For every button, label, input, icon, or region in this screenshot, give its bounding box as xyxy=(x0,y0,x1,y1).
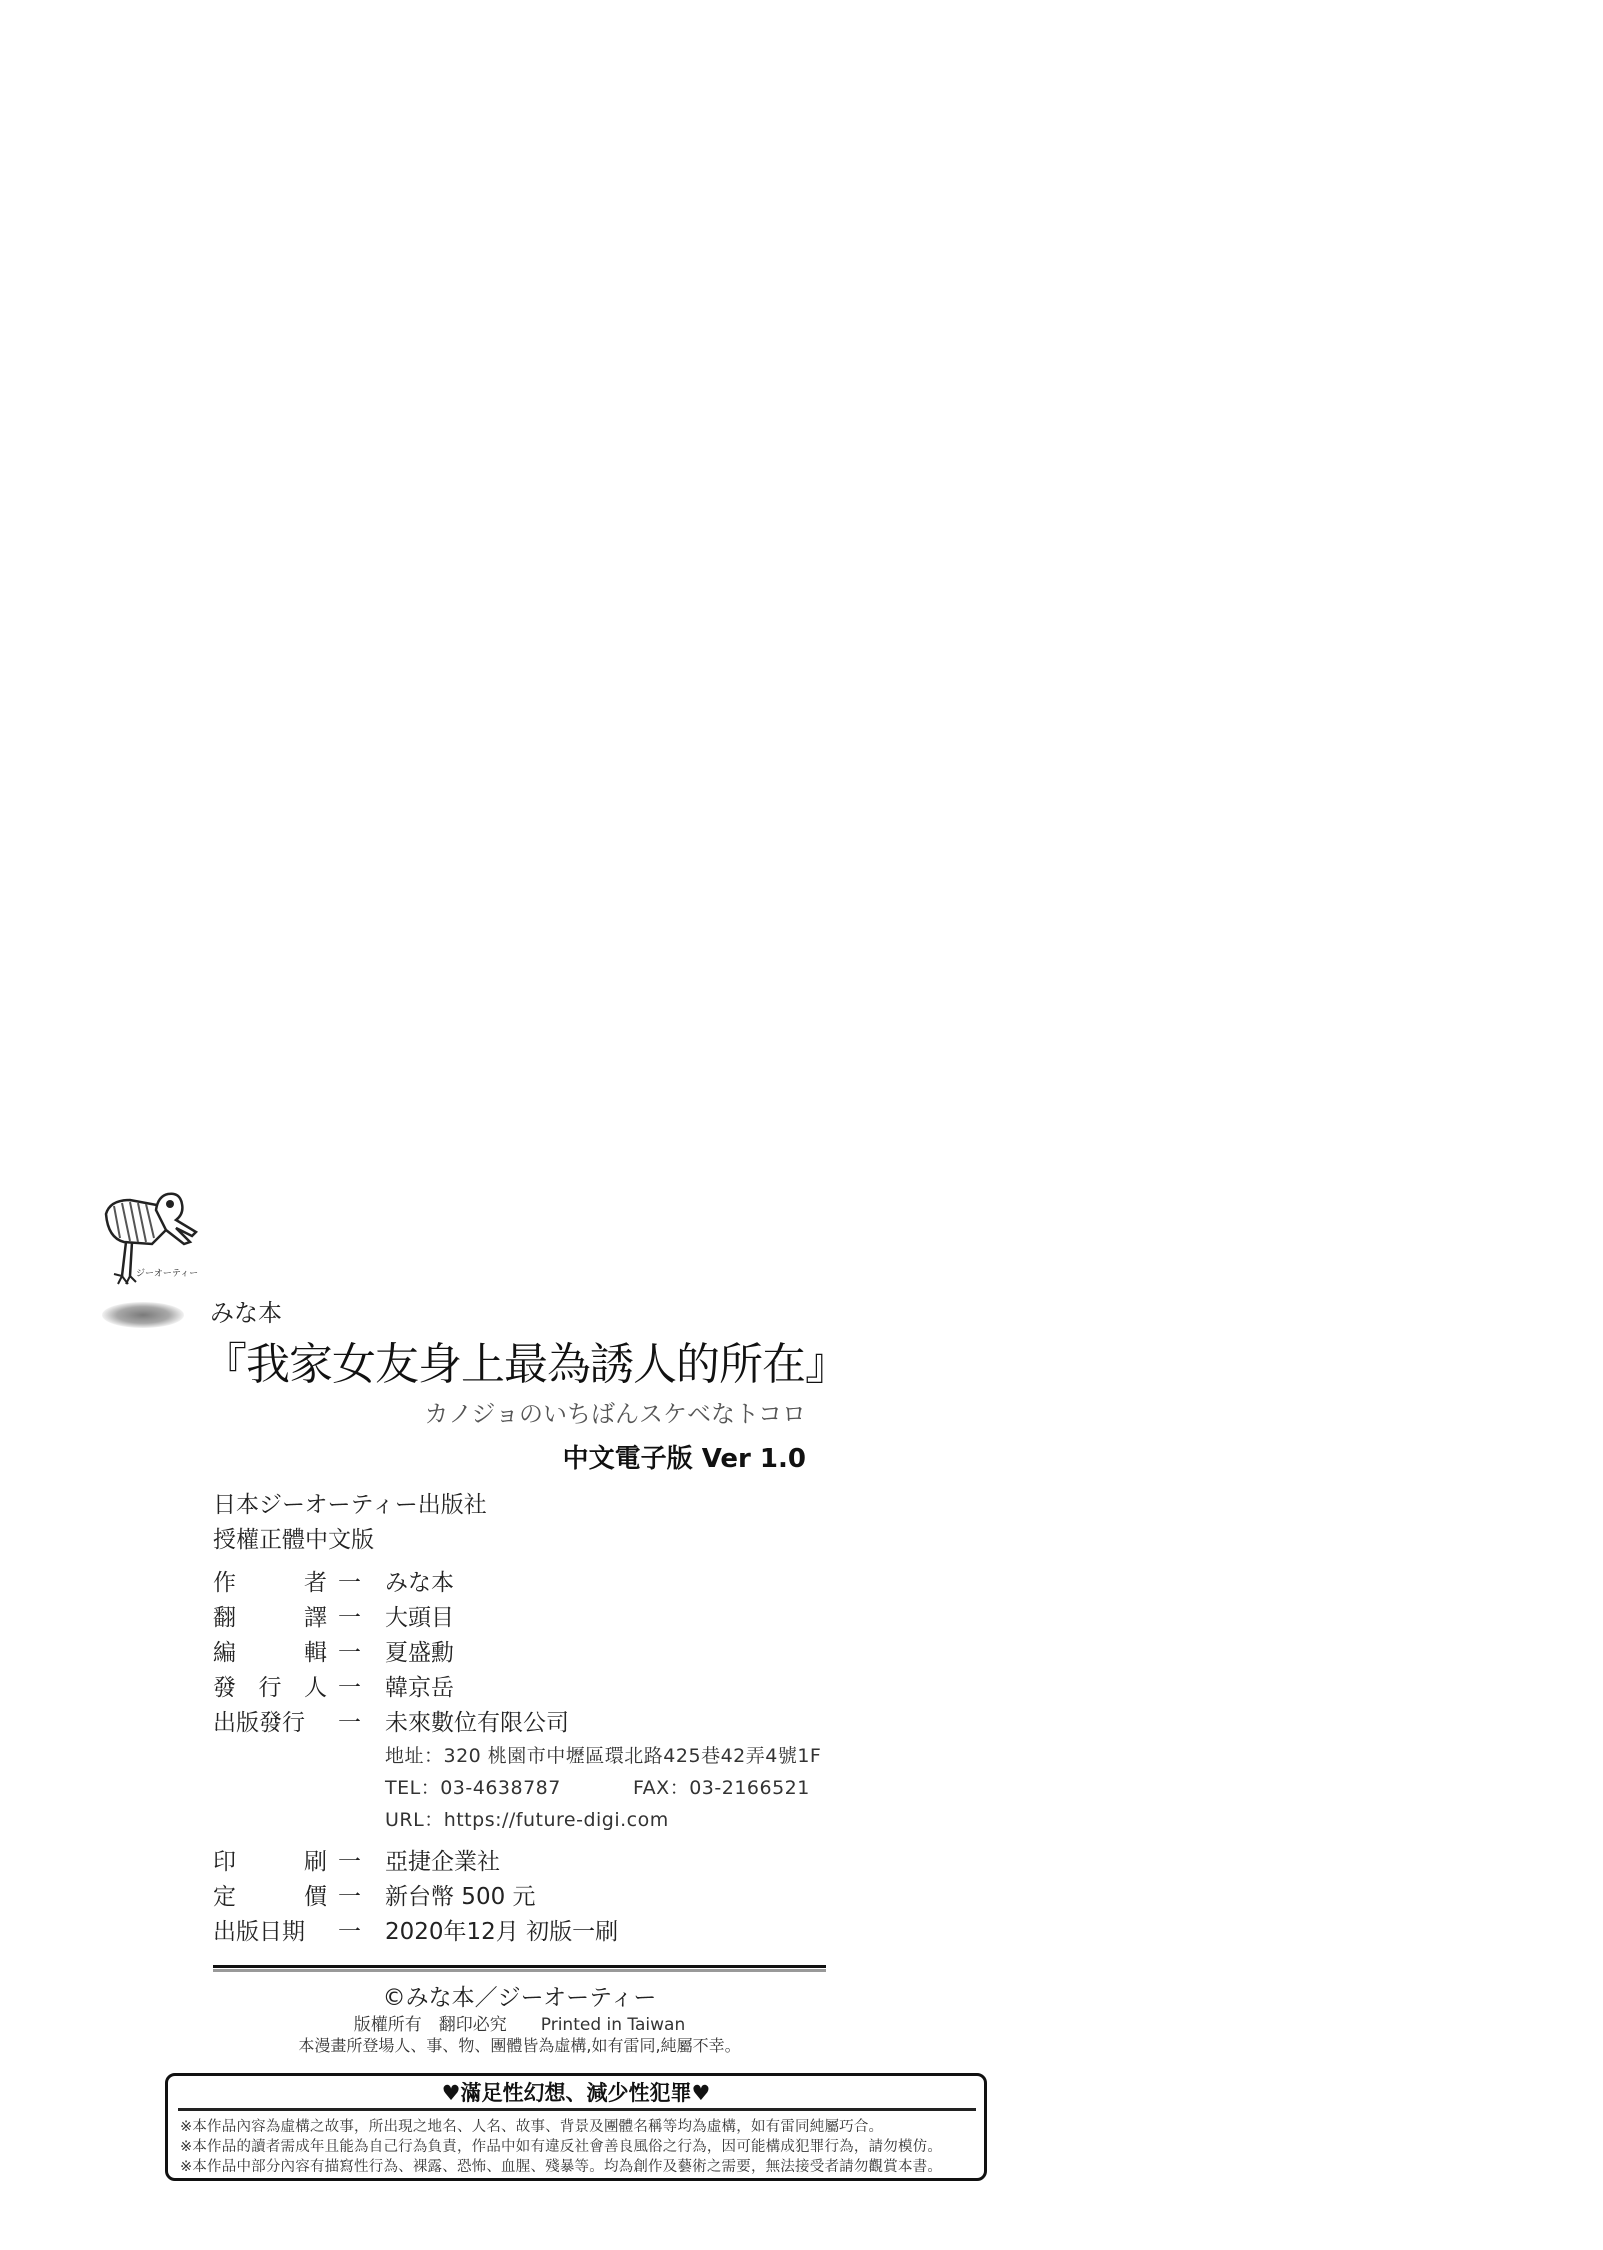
fiction-notice: 本漫畫所登場人、事、物、團體皆為虛構,如有雷同,純屬不幸。 xyxy=(213,2033,826,2056)
credit-row-issuer: 發行人 一 韓京岳 xyxy=(213,1669,913,1699)
warning-line: ※本作品內容為虛構之故事，所出現之地名、人名、故事、背景及團體名稱等均為虛構，如… xyxy=(180,2115,883,2136)
print-value: 亞捷企業社 xyxy=(385,1843,500,1876)
mascot-shadow xyxy=(102,1302,184,1328)
original-title: カノジョのいちばんスケベなトコロ xyxy=(424,1394,806,1429)
copyright-line: ©みな本／ジーオーティー xyxy=(213,1979,826,2012)
rights-line: 版權所有 翻印必究 Printed in Taiwan xyxy=(213,2010,826,2035)
credit-value: みな本 xyxy=(385,1564,454,1597)
divider-rule-shadow xyxy=(213,1969,826,1972)
credit-value: 未來數位有限公司 xyxy=(385,1704,569,1737)
print-row-date: 出版日期 一 2020年12月 初版一刷 xyxy=(213,1913,913,1943)
credit-value: 大頭目 xyxy=(385,1599,454,1632)
print-row-price: 定價 一 新台幣 500 元 xyxy=(213,1878,913,1908)
warning-line: ※本作品的讀者需成年且能為自己行為負責，作品中如有違反社會善良風俗之行為，因可能… xyxy=(180,2135,942,2156)
credit-row-editor: 編輯 一 夏盛勳 xyxy=(213,1634,913,1664)
credit-row-author: 作者 一 みな本 xyxy=(213,1564,913,1594)
company-address: 地址：320 桃園市中壢區環北路425巷42弄4號1F xyxy=(385,1741,821,1768)
company-url: URL：https://future-digi.com xyxy=(385,1805,669,1832)
mascot-caption: ジーオーティー xyxy=(136,1266,198,1279)
warning-line: ※本作品中部分內容有描寫性行為、裸露、恐怖、血腥、殘暴等。均為創作及藝術之需要，… xyxy=(180,2155,942,2176)
origin-publisher: 日本ジーオーティー出版社 xyxy=(213,1486,487,1519)
print-row-printer: 印刷 一 亞捷企業社 xyxy=(213,1843,913,1873)
author-name: みな本 xyxy=(210,1293,282,1328)
book-title: 『我家女友身上最為誘人的所在』 xyxy=(203,1328,809,1392)
credit-value: 韓京岳 xyxy=(385,1669,454,1702)
print-value: 新台幣 500 元 xyxy=(385,1878,536,1911)
warning-title: ♥滿足性幻想、減少性犯罪♥ xyxy=(165,2077,987,2107)
edition-version: 中文電子版 Ver 1.0 xyxy=(563,1438,806,1475)
credit-row-distributor: 出版發行 一 未來數位有限公司 xyxy=(213,1704,913,1734)
credit-value: 夏盛勳 xyxy=(385,1634,454,1667)
divider-rule xyxy=(213,1965,826,1968)
company-tel: TEL：03-4638787 xyxy=(385,1773,561,1800)
warning-divider xyxy=(178,2108,976,2111)
print-value: 2020年12月 初版一刷 xyxy=(385,1913,618,1946)
publisher-mascot-logo: ジーオーティー xyxy=(100,1192,208,1292)
credit-row-translator: 翻譯 一 大頭目 xyxy=(213,1599,913,1629)
license-line: 授權正體中文版 xyxy=(213,1521,374,1554)
company-fax: FAX：03-2166521 xyxy=(633,1773,810,1800)
